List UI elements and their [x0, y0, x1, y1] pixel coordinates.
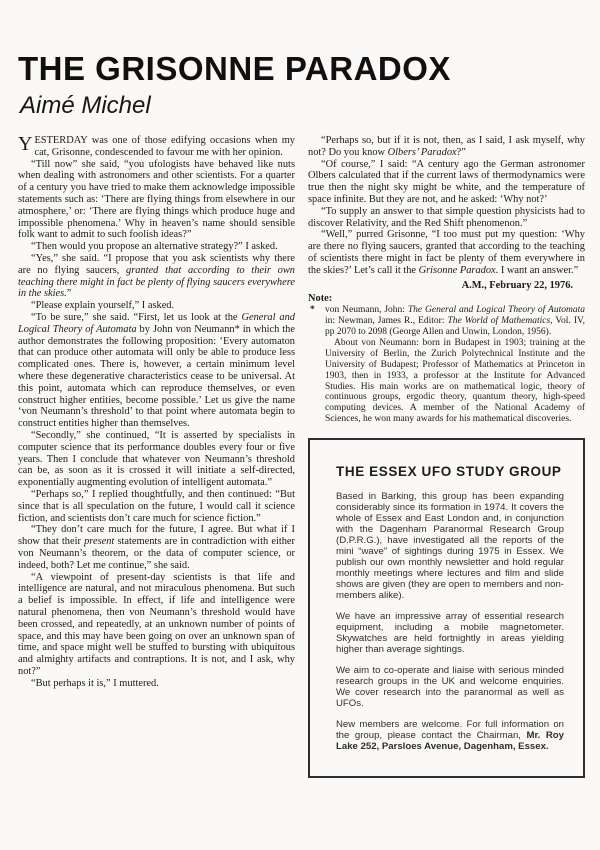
text-run: “Then would you propose an alternative s…: [31, 241, 278, 252]
von-neumann-biography: About von Neumann: born in Budapest in 1…: [308, 338, 585, 425]
article-paragraph: “Well,” purred Grisonne, “I too must put…: [308, 229, 585, 276]
article-paragraph: “Till now” she said, “you ufologists hav…: [18, 159, 295, 242]
text-run: von Neumann, John:: [325, 305, 408, 315]
footnote-reference: *von Neumann, John: The General and Logi…: [308, 305, 585, 338]
text-run: “Please explain yourself,” I asked.: [31, 300, 174, 311]
article-paragraph: “Perhaps so,” I replied thoughtfully, an…: [18, 489, 295, 524]
footnote-asterisk: *: [310, 305, 315, 316]
article-paragraph: “Secondly,” she continued, “It is assert…: [18, 430, 295, 489]
box-paragraph: We aim to co-operate and liaise with ser…: [336, 665, 564, 709]
article-paragraph: “To supply an answer to that simple ques…: [308, 206, 585, 230]
magazine-page: THE GRISONNE PARADOX Aimé Michel YESTERD…: [0, 0, 600, 850]
text-run: ”: [67, 288, 72, 299]
article-paragraph: “Yes,” she said. “I propose that you ask…: [18, 253, 295, 300]
text-run: . I want an answer.”: [496, 265, 579, 276]
article-paragraph: “Please explain yourself,” I asked.: [18, 300, 295, 312]
text-run: “To be sure,” she said. “First, let us l…: [31, 312, 241, 323]
article-body: YESTERDAY was one of those edifying occa…: [18, 135, 585, 778]
article-paragraph: “To be sure,” she said. “First, let us l…: [18, 312, 295, 430]
text-run: The World of Mathematics: [448, 316, 551, 326]
text-run: Note:: [308, 293, 332, 304]
box-paragraph: Based in Barking, this group has been ex…: [336, 491, 564, 601]
left-column: YESTERDAY was one of those edifying occa…: [18, 135, 295, 778]
essex-ufo-study-group-box: THE ESSEX UFO STUDY GROUPBased in Barkin…: [308, 438, 585, 778]
text-run: by John von Neumann* in which the author…: [18, 324, 295, 429]
text-run: Based in Barking, this group has been ex…: [336, 491, 564, 601]
text-run: Grisonne Paradox: [419, 265, 496, 276]
text-run: “A viewpoint of present-day scientists i…: [18, 572, 295, 677]
box-paragraph: We have an impressive array of essential…: [336, 611, 564, 655]
article-paragraph: “Of course,” I said: “A century ago the …: [308, 159, 585, 206]
text-run: “Till now” she said, “you ufologists hav…: [18, 159, 295, 241]
text-run: “Secondly,” she continued, “It is assert…: [18, 430, 295, 488]
text-run: A.M., February 22, 1976.: [462, 280, 573, 291]
closing-paragraph: “But perhaps it is,” I muttered.: [18, 678, 295, 690]
right-column: “Perhaps so, but if it is not, then, as …: [308, 135, 585, 778]
text-run: “Perhaps so,” I replied thoughtfully, an…: [18, 489, 295, 524]
text-run: Olbers’ Paradox: [388, 147, 457, 158]
text-run: “To supply an answer to that simple ques…: [308, 206, 585, 229]
text-run: ESTERDAY was one of those edifying occas…: [34, 135, 295, 158]
box-paragraph: New members are welcome. For full inform…: [336, 719, 564, 752]
text-run: We aim to co-operate and liaise with ser…: [336, 665, 564, 709]
article-paragraph: “Then would you propose an alternative s…: [18, 241, 295, 253]
drop-cap: Y: [18, 135, 34, 153]
box-title: THE ESSEX UFO STUDY GROUP: [336, 466, 564, 478]
date-line: A.M., February 22, 1976.: [308, 280, 585, 292]
article-paragraph: “Perhaps so, but if it is not, then, as …: [308, 135, 585, 159]
article-paragraph: “A viewpoint of present-day scientists i…: [18, 572, 295, 678]
text-run: About von Neumann: born in Budapest in 1…: [325, 338, 585, 424]
opening-paragraph: YESTERDAY was one of those edifying occa…: [18, 135, 295, 159]
text-run: ?”: [457, 147, 466, 158]
text-run: in: Newman, James R., Editor:: [325, 316, 448, 326]
text-run: “Of course,” I said: “A century ago the …: [308, 159, 585, 205]
article-title: THE GRISONNE PARADOX: [18, 52, 585, 87]
article-author: Aimé Michel: [20, 93, 585, 119]
text-run: “But perhaps it is,” I muttered.: [31, 678, 159, 689]
text-run: present: [84, 536, 114, 547]
text-run: The General and Logical Theory of Automa…: [408, 305, 585, 315]
text-run: We have an impressive array of essential…: [336, 611, 564, 655]
article-paragraph: “They don’t care much for the future, I …: [18, 524, 295, 571]
note-heading: Note:: [308, 293, 585, 305]
